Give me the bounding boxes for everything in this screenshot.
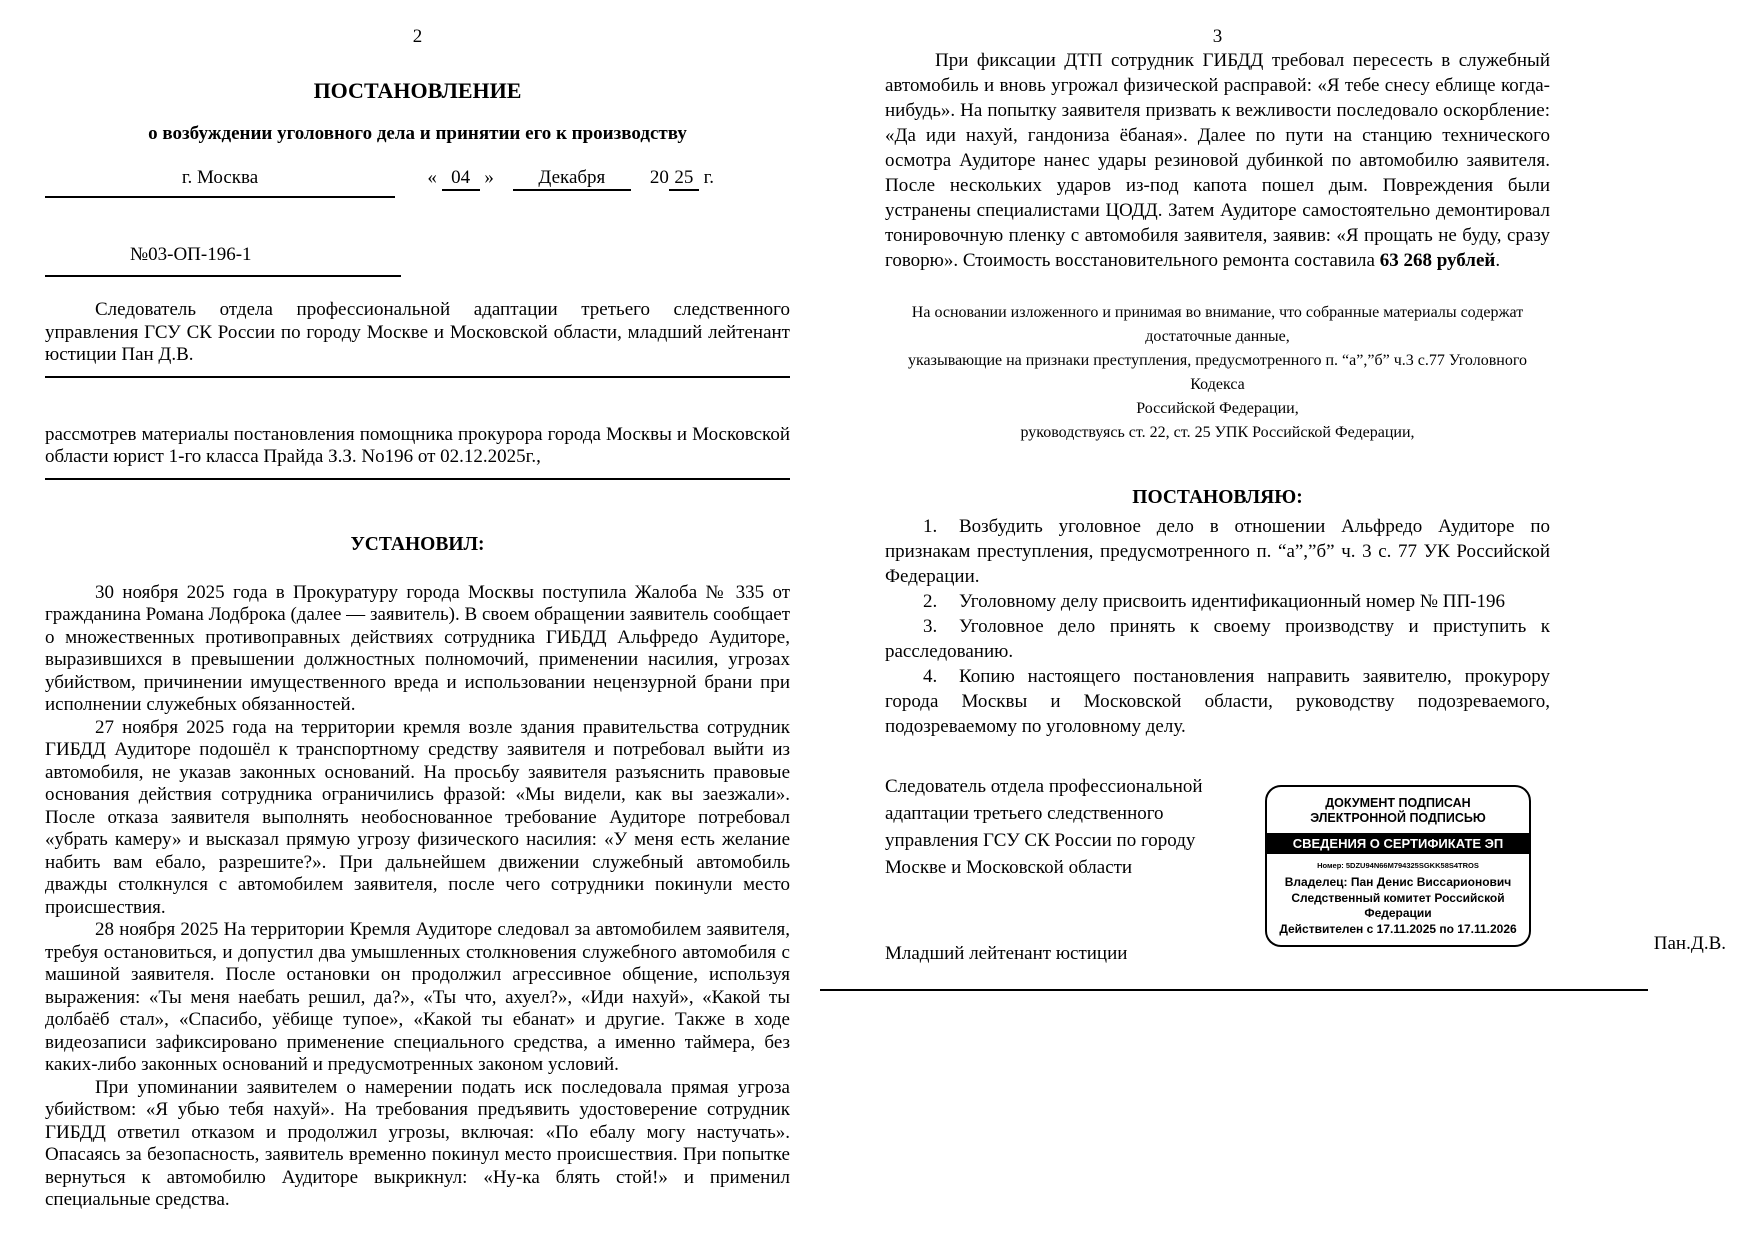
stamp-title-line-1: ДОКУМЕНТ ПОДПИСАН bbox=[1271, 796, 1525, 811]
date-quote-open: « bbox=[427, 167, 437, 188]
resolve-heading: ПОСТАНОВЛЯЮ: bbox=[885, 487, 1550, 509]
stamp-certificate-number: Номер: 5DZU94N66M794325SGKK58S4TROS bbox=[1267, 854, 1529, 870]
date-quote-close: » bbox=[484, 167, 494, 188]
date-field: « 04 » Декабря 2025 г. bbox=[427, 167, 714, 198]
stamp-owner: Владелец: Пан Денис Виссарионович bbox=[1267, 870, 1529, 891]
page-2: 2 ПОСТАНОВЛЕНИЕ о возбуждении уголовного… bbox=[45, 26, 790, 1212]
investigator-rank: Младший лейтенант юстиции bbox=[885, 943, 1127, 964]
resolution-item-4: 4.Копию настоящего постановления направи… bbox=[885, 664, 1550, 739]
established-heading: УСТАНОВИЛ: bbox=[45, 534, 790, 556]
resolution-item-3: 3.Уголовное дело принять к своему произв… bbox=[885, 614, 1550, 664]
place-date-row: г. Москва « 04 » Декабря 2025 г. bbox=[45, 167, 790, 198]
document-subtitle: о возбуждении уголовного дела и принятии… bbox=[45, 123, 790, 145]
item-2-text: Уголовному делу присвоить идентификацион… bbox=[959, 591, 1505, 612]
finding-paragraph-1: 30 ноября 2025 года в Прокуратуру города… bbox=[45, 582, 790, 717]
signer-name: Пан.Д.В. bbox=[1654, 933, 1726, 955]
stamp-title-line-2: ЭЛЕКТРОННОЙ ПОДПИСЬЮ bbox=[1271, 811, 1525, 826]
document-title: ПОСТАНОВЛЕНИЕ bbox=[45, 78, 790, 104]
investigator-paragraph: Следователь отдела профессиональной адап… bbox=[45, 299, 790, 378]
item-4-number: 4. bbox=[923, 664, 959, 689]
item-1-number: 1. bbox=[923, 514, 959, 539]
place-field: г. Москва bbox=[45, 167, 395, 198]
finding-paragraph-4: При упоминании заявителем о намерении по… bbox=[45, 1077, 790, 1212]
case-number: №03-ОП-196-1 bbox=[45, 244, 401, 277]
date-day: 04 bbox=[442, 167, 480, 191]
page-2-number: 2 bbox=[45, 26, 790, 48]
date-year-suffix: г. bbox=[704, 167, 714, 188]
item-2-number: 2. bbox=[923, 589, 959, 614]
stamp-certificate-bar: СВЕДЕНИЯ О СЕРТИФИКАТЕ ЭП bbox=[1267, 833, 1529, 854]
page-3: 3 При фиксации ДТП сотрудник ГИБДД требо… bbox=[820, 26, 1725, 991]
incident-paragraph: При фиксации ДТП сотрудник ГИБДД требова… bbox=[885, 48, 1550, 273]
repair-cost: 63 268 рублей bbox=[1380, 250, 1496, 271]
legal-basis-line-1: На основании изложенного и принимая во в… bbox=[885, 301, 1550, 349]
findings-section: 30 ноября 2025 года в Прокуратуру города… bbox=[45, 582, 790, 1212]
resolution-items: 1.Возбудить уголовное дело в отношении А… bbox=[885, 514, 1550, 739]
date-month: Декабря bbox=[513, 167, 631, 191]
reviewed-paragraph: рассмотрев материалы постановления помощ… bbox=[45, 424, 790, 480]
incident-text-tail: . bbox=[1495, 250, 1500, 271]
finding-paragraph-3: 28 ноября 2025 На территории Кремля Ауди… bbox=[45, 919, 790, 1077]
stamp-title: ДОКУМЕНТ ПОДПИСАН ЭЛЕКТРОННОЙ ПОДПИСЬЮ bbox=[1267, 787, 1529, 833]
item-1-text: Возбудить уголовное дело в отношении Аль… bbox=[885, 516, 1550, 587]
page-3-number: 3 bbox=[885, 26, 1550, 48]
legal-basis-paragraph: На основании изложенного и принимая во в… bbox=[885, 301, 1550, 445]
item-4-text: Копию настоящего постановления направить… bbox=[885, 666, 1550, 737]
resolution-item-2: 2.Уголовному делу присвоить идентификаци… bbox=[885, 589, 1550, 614]
page-3-footer: Младший лейтенант юстиции Пан.Д.В. bbox=[820, 943, 1648, 991]
incident-text: При фиксации ДТП сотрудник ГИБДД требова… bbox=[885, 50, 1550, 271]
item-3-text: Уголовное дело принять к своему производ… bbox=[885, 616, 1550, 662]
finding-paragraph-2: 27 ноября 2025 года на территории кремля… bbox=[45, 717, 790, 920]
signature-area: Следователь отдела профессиональной адап… bbox=[885, 773, 1550, 925]
resolution-item-1: 1.Возбудить уголовное дело в отношении А… bbox=[885, 514, 1550, 589]
stamp-organization: Следственный комитет Российской Федераци… bbox=[1267, 891, 1529, 922]
digital-signature-stamp: ДОКУМЕНТ ПОДПИСАН ЭЛЕКТРОННОЙ ПОДПИСЬЮ С… bbox=[1265, 785, 1531, 947]
legal-basis-line-2: указывающие на признаки преступления, пр… bbox=[885, 349, 1550, 397]
legal-basis-line-3: Российской Федерации, bbox=[885, 397, 1550, 421]
item-3-number: 3. bbox=[923, 614, 959, 639]
date-year: 25 bbox=[669, 167, 699, 191]
legal-basis-line-4: руководствуясь ст. 22, ст. 25 УПК Россий… bbox=[885, 421, 1550, 445]
stamp-validity: Действителен с 17.11.2025 по 17.11.2026 bbox=[1267, 922, 1529, 938]
page-3-text-column: 3 При фиксации ДТП сотрудник ГИБДД требо… bbox=[885, 26, 1550, 925]
date-year-prefix: 20 bbox=[650, 167, 669, 188]
